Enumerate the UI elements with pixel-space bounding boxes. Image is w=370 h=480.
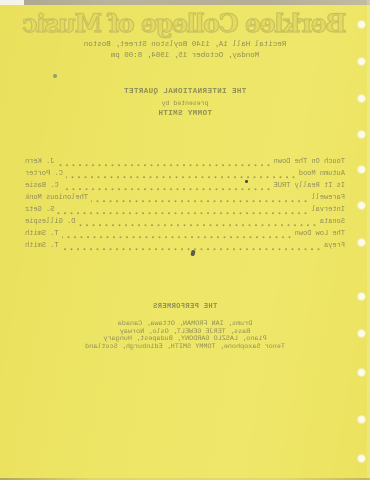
group-name: THE INTERNATIONAL QUARTET (0, 88, 370, 96)
binding-hole (357, 454, 366, 463)
binding-hole (357, 238, 366, 247)
program-composer: S. Getz (25, 206, 57, 214)
program-composer: T. Smith (25, 242, 62, 250)
ink-speck (53, 74, 57, 78)
program-composer: C. Basie (25, 182, 62, 190)
performer-line: Tenor Saxophone, TOMMY SMITH, Edinburgh,… (0, 344, 370, 352)
program-title: Touch On The Down (271, 158, 345, 166)
dot-leader (62, 185, 271, 192)
binding-hole (357, 415, 366, 424)
dot-leader (66, 173, 296, 180)
program-title: The Low Down (292, 230, 345, 238)
program-list: Touch On The DownJ. KernAutumn MoodC. Po… (25, 158, 345, 254)
binding-hole (357, 20, 366, 29)
program-row: SonataD. Gillespie (25, 218, 345, 230)
program-composer: D. Gillespie (25, 218, 78, 226)
venue-line: Recital Hall 1A, 1140 Boylston Street, B… (0, 41, 370, 49)
program-title: Freya (321, 242, 345, 250)
program-title: Autumn Mood (296, 170, 345, 178)
dot-leader (62, 233, 292, 240)
performers-heading: THE PERFORMERS (0, 303, 370, 311)
program-composer: Thelonious Monk (25, 194, 91, 202)
program-title: Is It Really TRUE (271, 182, 345, 190)
program-row: FarewellThelonious Monk (25, 194, 345, 206)
dot-leader (57, 209, 308, 216)
presented-by-label: presented by (0, 100, 370, 107)
program-row: Autumn MoodC. Porter (25, 170, 345, 182)
dot-leader (91, 197, 308, 204)
program-composer: J. Kern (25, 158, 57, 166)
program-composer: C. Porter (25, 170, 66, 178)
presenter-name: TOMMY SMITH (0, 110, 370, 118)
binding-hole (357, 201, 366, 210)
show-through-content: Berklee College of Music Recital Hall 1A… (0, 0, 370, 480)
binding-hole (357, 329, 366, 338)
program-title: Farewell (308, 194, 345, 202)
program-composer: T. Smith (25, 230, 62, 238)
performers-list: Drums, IAN FROMAN, Ottawa, CanadaBass, T… (0, 321, 370, 352)
date-line: Monday, October 15, 1984, 8:00 pm (0, 52, 370, 60)
dot-leader (57, 161, 270, 168)
berklee-logo-text: Berklee College of Music (0, 9, 370, 38)
scanned-program-page-back: Berklee College of Music Recital Hall 1A… (0, 0, 370, 480)
binding-hole (357, 94, 366, 103)
binding-hole (357, 165, 366, 174)
binding-hole (357, 368, 366, 377)
program-title: Sonata (317, 218, 345, 226)
binding-hole (357, 130, 366, 139)
dot-leader (78, 221, 316, 228)
program-row: IntervalS. Getz (25, 206, 345, 218)
ink-speck (245, 180, 248, 183)
binding-hole (357, 57, 366, 66)
program-title: Interval (308, 206, 345, 214)
program-row: The Low DownT. Smith (25, 230, 345, 242)
binding-hole (357, 292, 366, 301)
program-row: FreyaT. Smith (25, 242, 345, 254)
program-row: Touch On The DownJ. Kern (25, 158, 345, 170)
program-row: Is It Really TRUEC. Basie (25, 182, 345, 194)
